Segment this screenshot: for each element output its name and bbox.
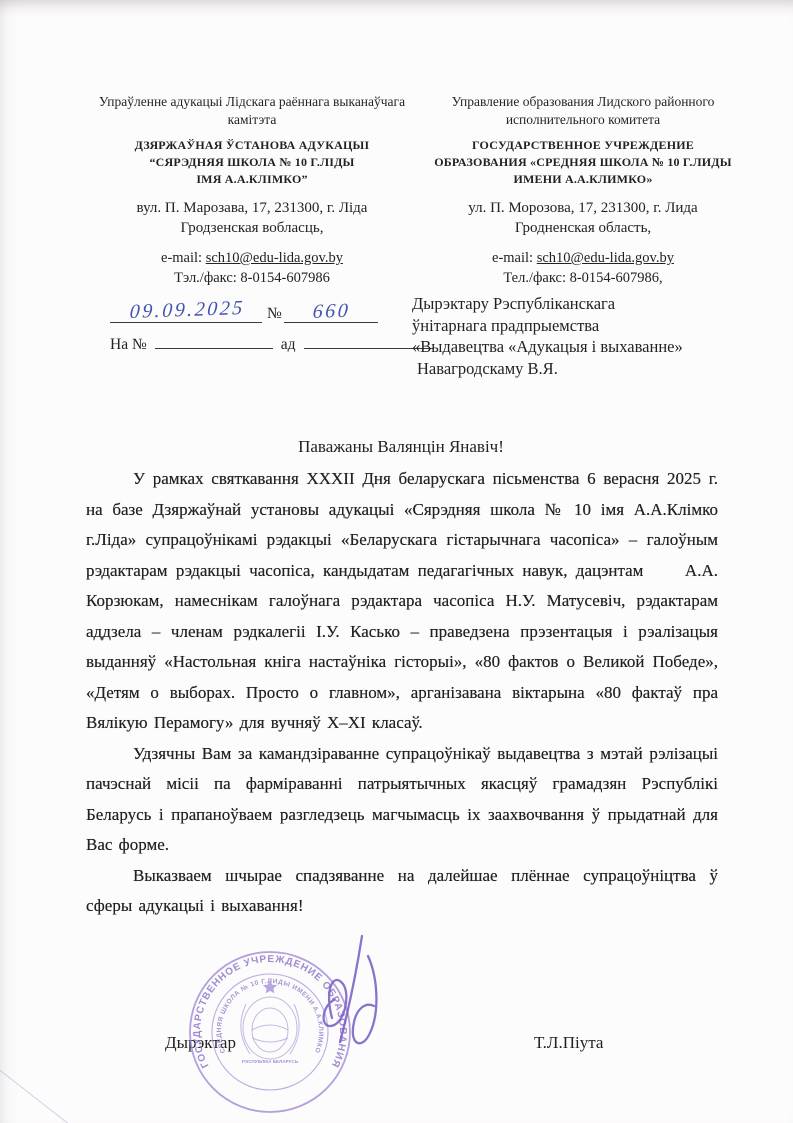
phone-line: Тел./факс: 8-0154-607986, bbox=[418, 269, 748, 289]
email-label: e-mail: bbox=[492, 250, 533, 266]
number-sign: № bbox=[267, 305, 282, 322]
stamp-center-text: РЭСПУБЛІКА БЕЛАРУСЬ bbox=[242, 1059, 299, 1064]
from-date-label: ад bbox=[281, 336, 296, 353]
email-line: e-mail: sch10@edu-lida.gov.by bbox=[418, 249, 748, 269]
address-line: ул. П. Морозова, 17, 231300, г. Лида bbox=[418, 199, 748, 219]
letterhead-russian: Управление образования Лидского районног… bbox=[418, 93, 748, 288]
institution-line: “СЯРЭДНЯЯ ШКОЛА № 10 Г.ЛІДЫ bbox=[92, 154, 412, 171]
address-line: Гродзенская вобласць, bbox=[92, 219, 412, 239]
institution-line: ОБРАЗОВАНИЯ «СРЕДНЯЯ ШКОЛА № 10 Г.ЛИДЫ bbox=[418, 154, 748, 171]
authority-name-ru: Управление образования Лидского районног… bbox=[418, 93, 748, 128]
outgoing-ref-line: 09.09.2025№660 bbox=[110, 299, 440, 331]
body-paragraph: У рамках святкавання XXXII Дня беларуска… bbox=[86, 464, 718, 739]
incoming-ref-line: На №ад bbox=[110, 335, 440, 354]
institution-line: ДЗЯРЖАЎНАЯ ЎСТАНОВА АДУКАЦЫІ bbox=[92, 137, 412, 154]
phone-line: Тэл./факс: 8-0154-607986 bbox=[92, 269, 412, 289]
incoming-number-label: На № bbox=[110, 336, 147, 353]
date-field: 09.09.2025 bbox=[110, 299, 262, 323]
addressee-line: «Выдавецтва «Адукацыя і выхаванне» bbox=[412, 336, 732, 358]
postal-address-by: вул. П. Марозава, 17, 231300, г. Ліда Гр… bbox=[92, 199, 412, 238]
body-paragraph: Выказваем шчырае спадзяванне на далейшае… bbox=[86, 861, 718, 922]
outgoing-number-field: 660 bbox=[284, 299, 378, 323]
email-address: sch10@edu-lida.gov.by bbox=[537, 250, 674, 266]
postal-address-ru: ул. П. Морозова, 17, 231300, г. Лида Гро… bbox=[418, 199, 748, 238]
institution-line: ИМЕНИ А.А.КЛИМКО» bbox=[418, 171, 748, 188]
institution-name-by: ДЗЯРЖАЎНАЯ ЎСТАНОВА АДУКАЦЫІ “СЯРЭДНЯЯ Ш… bbox=[92, 137, 412, 188]
institution-line: ІМЯ А.А.КЛІМКО” bbox=[92, 171, 412, 188]
addressee-line: Дырэктару Рэспубліканскага bbox=[412, 293, 732, 315]
blank-incoming-number bbox=[155, 335, 273, 349]
address-line: Гродненская область, bbox=[418, 219, 748, 239]
body-paragraph: Удзячны Вам за камандзіраванне супрацоўн… bbox=[86, 739, 718, 861]
official-stamp: ГОСУДАРСТВЕННОЕ УЧРЕЖДЕНИЕ ОБРАЗОВАНИЯ С… bbox=[150, 922, 410, 1123]
letter-body: У рамках святкавання XXXII Дня беларуска… bbox=[86, 464, 718, 922]
institution-name-ru: ГОСУДАРСТВЕННОЕ УЧРЕЖДЕНИЕ ОБРАЗОВАНИЯ «… bbox=[418, 137, 748, 188]
authority-name-by: Упраўленне адукацыі Лідскага раённага вы… bbox=[92, 93, 412, 128]
contact-block-ru: e-mail: sch10@edu-lida.gov.by Тел./факс:… bbox=[418, 249, 748, 288]
signer-name: Т.Л.Піута bbox=[534, 1033, 603, 1053]
address-line: вул. П. Марозава, 17, 231300, г. Ліда bbox=[92, 199, 412, 219]
salutation: Паважаны Валянцін Янавіч! bbox=[86, 437, 716, 457]
email-label: e-mail: bbox=[161, 250, 202, 266]
addressee-line: ўнітарнага прадпрыемства bbox=[412, 315, 732, 337]
contact-block-by: e-mail: sch10@edu-lida.gov.by Тэл./факс:… bbox=[92, 249, 412, 288]
institution-line: ГОСУДАРСТВЕННОЕ УЧРЕЖДЕНИЕ bbox=[418, 137, 748, 154]
letterhead-belarusian: Упраўленне адукацыі Лідскага раённага вы… bbox=[92, 93, 412, 288]
coat-of-arms-emblem: РЭСПУБЛІКА БЕЛАРУСЬ bbox=[241, 980, 299, 1064]
addressee-name: Навагродскаму В.Я. bbox=[412, 358, 732, 380]
handwritten-number: 660 bbox=[312, 300, 351, 324]
reference-block: 09.09.2025№660 На №ад bbox=[110, 299, 440, 354]
scan-artifact-line bbox=[0, 1067, 71, 1123]
addressee-block: Дырэктару Рэспубліканскага ўнітарнага пр… bbox=[412, 293, 732, 379]
scanned-letter-page: Упраўленне адукацыі Лідскага раённага вы… bbox=[0, 0, 793, 1123]
email-address: sch10@edu-lida.gov.by bbox=[206, 250, 343, 266]
email-line: e-mail: sch10@edu-lida.gov.by bbox=[92, 249, 412, 269]
handwritten-date: 09.09.2025 bbox=[129, 297, 246, 324]
